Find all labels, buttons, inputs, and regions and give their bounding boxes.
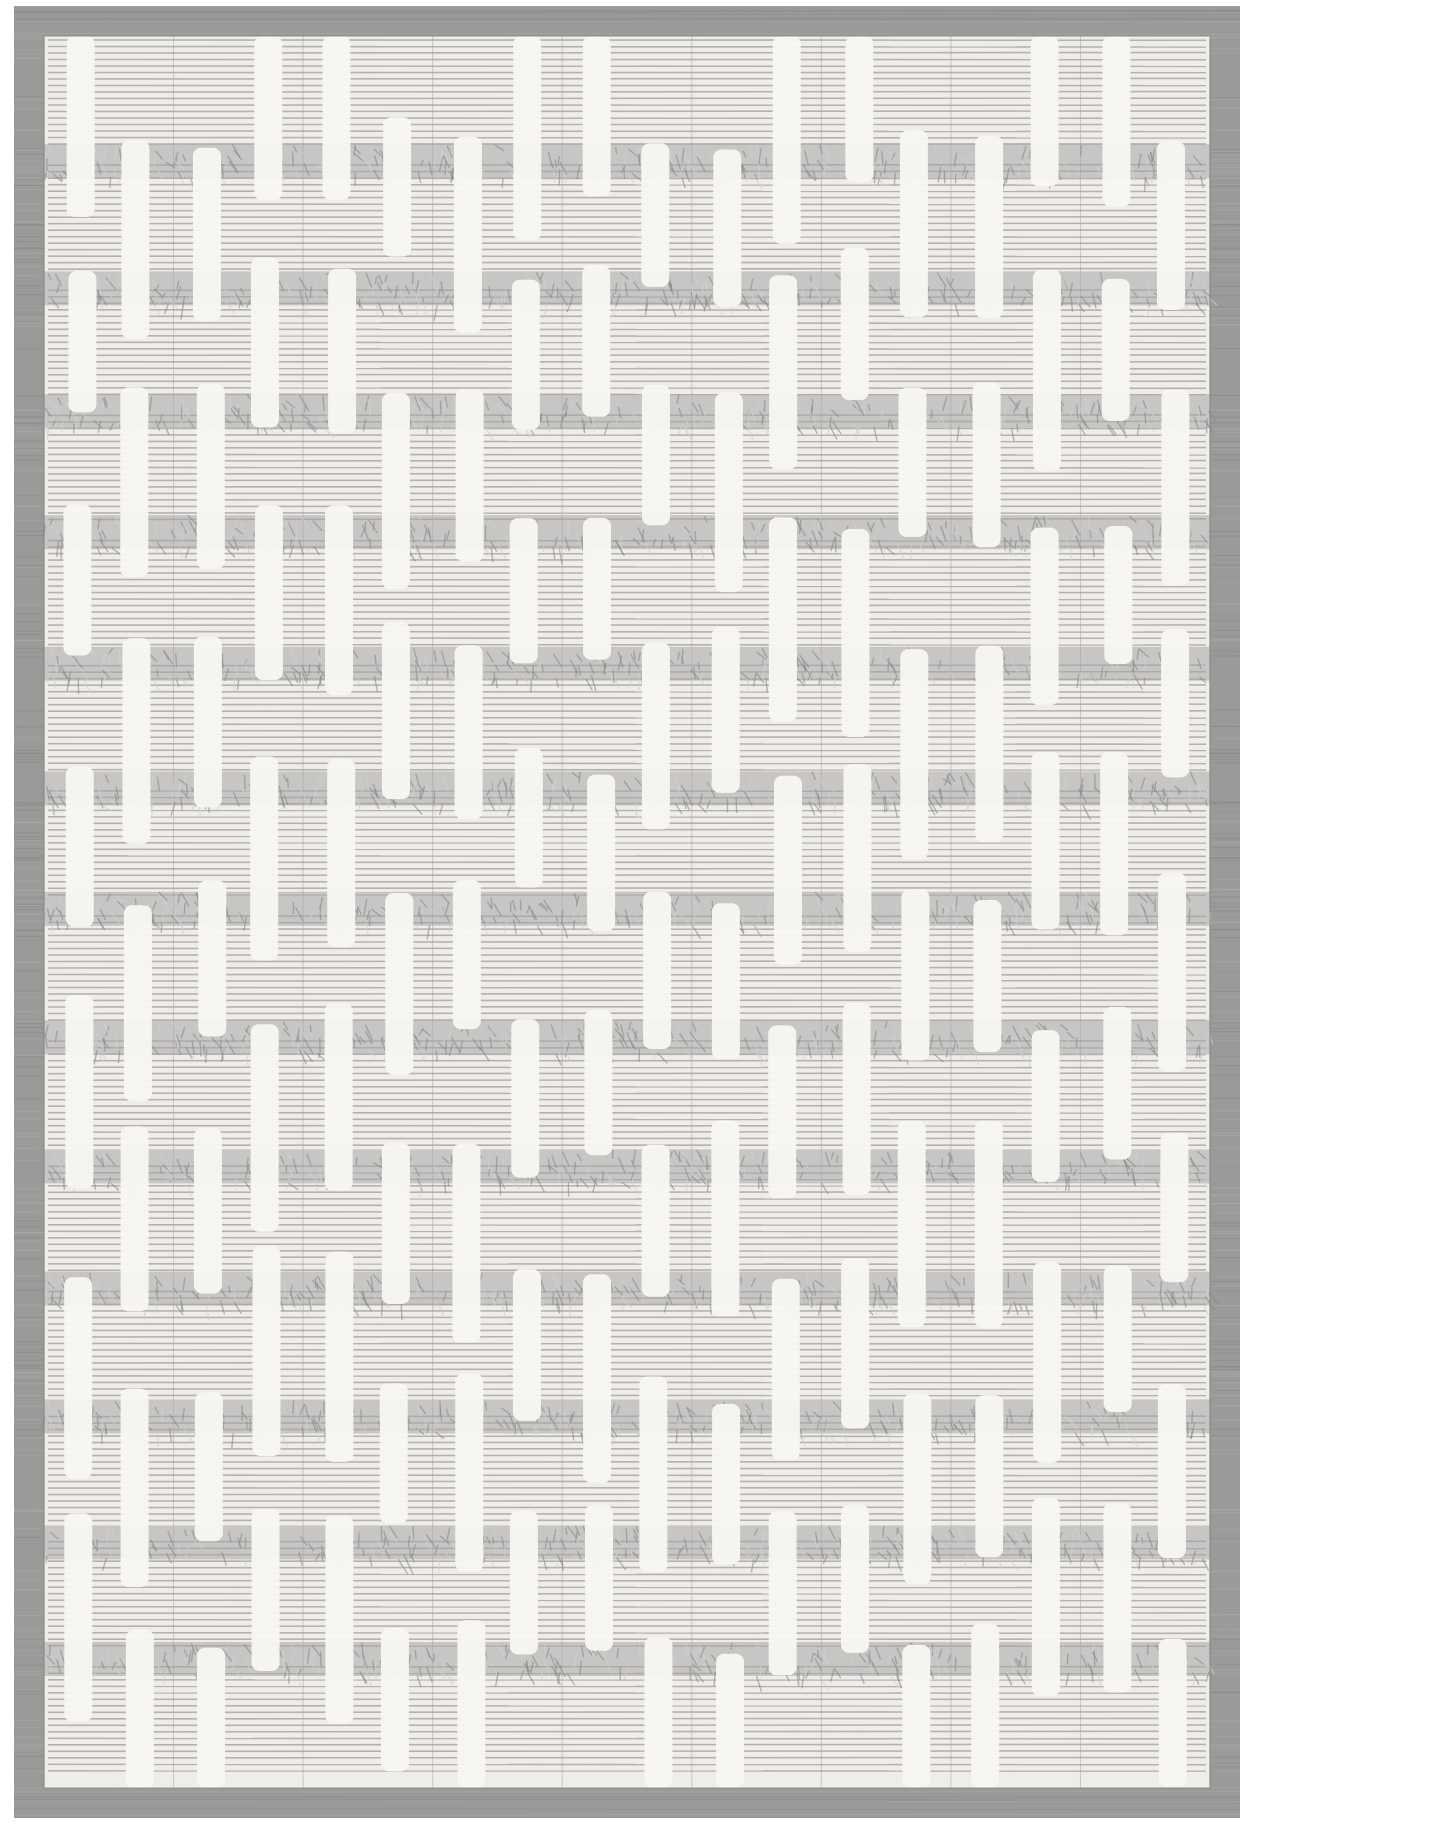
rug: [14, 6, 1240, 1818]
rug-pattern: [14, 6, 1240, 1818]
product-photo: [0, 0, 1445, 1828]
